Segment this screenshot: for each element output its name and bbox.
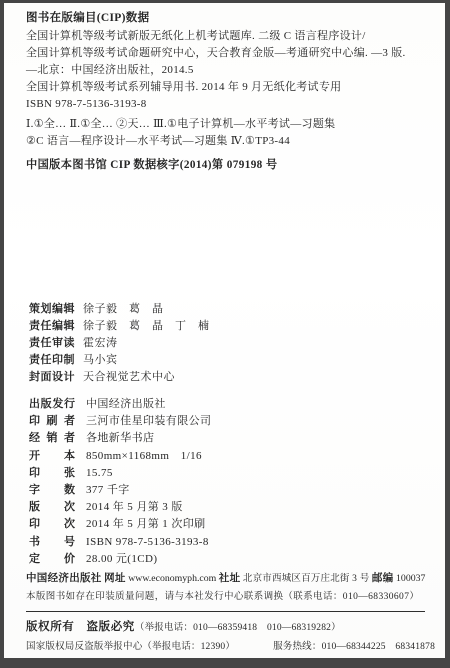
cip-isbn-line: ISBN 978-7-5136-3193-8 <box>26 96 427 113</box>
staff-label: 责任审读 <box>29 335 75 352</box>
website-label: 网址 <box>104 573 126 584</box>
piracy-center: 国家版权局反盗版举报中心（举报电话：12390） <box>26 640 235 654</box>
publication-value: 377 千字 <box>86 484 130 496</box>
publication-label: 印刷者 <box>29 413 75 430</box>
staff-label: 责任印制 <box>29 352 75 369</box>
zip-value: 100037 <box>396 573 425 584</box>
publication-row: 印次2014 年 5 月第 1 次印刷 <box>29 516 211 533</box>
cip-title-line: 全国计算机等级考试新版无纸化上机考试题库. 二级 C 语言程序设计/ <box>26 28 427 45</box>
copyright-statement: 版权所有 盗版必究 <box>26 621 135 633</box>
publication-row: 书号ISBN 978-7-5136-3193-8 <box>29 534 211 551</box>
publication-value: 2014 年 5 月第 1 次印刷 <box>86 518 206 530</box>
publication-label: 印张 <box>29 465 75 482</box>
copyright-phones: （举报电话：010—68359418 010—68319282） <box>135 623 341 633</box>
staff-row: 责任编辑徐子毅 葛 晶 丁 楠 <box>29 318 210 335</box>
publication-value: 850mm×1168mm 1/16 <box>86 450 202 462</box>
publication-row: 版次2014 年 5 月第 3 版 <box>29 499 211 516</box>
publication-row: 出版发行中国经济出版社 <box>29 396 211 413</box>
publication-label: 书号 <box>29 534 75 551</box>
staff-label: 封面设计 <box>29 369 75 386</box>
cip-block: 图书在版编目(CIP)数据 全国计算机等级考试新版无纸化上机考试题库. 二级 C… <box>26 9 427 174</box>
editorial-staff-block: 策划编辑徐子毅 葛 晶 责任编辑徐子毅 葛 晶 丁 楠 责任审读霍宏涛 责任印制… <box>29 301 210 386</box>
staff-value: 徐子毅 葛 晶 丁 楠 <box>83 320 210 332</box>
staff-label: 策划编辑 <box>29 301 75 318</box>
website-url: www.economyph.com <box>128 573 216 584</box>
publication-row: 开本850mm×1168mm 1/16 <box>29 448 211 465</box>
publication-value: 2014 年 5 月第 3 版 <box>86 501 183 513</box>
address-value: 北京市西城区百万庄北街 3 号 <box>243 574 370 584</box>
staff-value: 徐子毅 葛 晶 <box>83 303 164 315</box>
publication-value: 15.75 <box>86 467 113 479</box>
publication-label: 字数 <box>29 482 75 499</box>
publication-row: 经销者各地新华书店 <box>29 430 211 447</box>
staff-value: 霍宏涛 <box>83 337 118 349</box>
publication-row: 印刷者三河市佳星印装有限公司 <box>29 413 211 430</box>
staff-row: 策划编辑徐子毅 葛 晶 <box>29 301 210 318</box>
cip-classification: Ⅰ.①全… Ⅱ.①全… ②天… Ⅲ.①电子计算机—水平考试—习题集 ②C 语言—… <box>26 116 427 150</box>
staff-row: 责任审读霍宏涛 <box>29 335 210 352</box>
publication-label: 定价 <box>29 551 75 568</box>
publication-value: 三河市佳星印装有限公司 <box>86 415 211 427</box>
publication-label: 经销者 <box>29 430 75 447</box>
footer-block: 中国经济出版社 网址 www.economyph.com 社址 北京市西城区百万… <box>26 571 425 654</box>
publication-value: ISBN 978-7-5136-3193-8 <box>86 536 209 548</box>
address-label: 社址 <box>219 573 241 584</box>
publication-label: 出版发行 <box>29 396 75 413</box>
quality-notice-line: 本版图书如存在印装质量问题，请与本社发行中心联系调换（联系电话：010—6833… <box>26 590 425 604</box>
publisher-name: 中国经济出版社 <box>26 573 102 584</box>
publication-label: 印次 <box>29 516 75 533</box>
divider-rule <box>26 611 425 612</box>
publication-info-block: 出版发行中国经济出版社 印刷者三河市佳星印装有限公司 经销者各地新华书店 开本8… <box>29 396 211 568</box>
scanned-page: 图书在版编目(CIP)数据 全国计算机等级考试新版无纸化上机考试题库. 二级 C… <box>0 0 450 668</box>
staff-row: 封面设计天合视觉艺术中心 <box>29 369 210 386</box>
cip-publisher-line: —北京：中国经济出版社，2014.5 <box>26 62 427 79</box>
staff-label: 责任编辑 <box>29 318 75 335</box>
cip-classification-line: Ⅰ.①全… Ⅱ.①全… ②天… Ⅲ.①电子计算机—水平考试—习题集 <box>26 116 427 133</box>
page-surface: 图书在版编目(CIP)数据 全国计算机等级考试新版无纸化上机考试题库. 二级 C… <box>4 3 445 658</box>
publication-value: 中国经济出版社 <box>86 398 166 410</box>
cip-record-number: 中国版本图书馆 CIP 数据核字(2014)第 079198 号 <box>26 156 427 174</box>
publication-value: 28.00 元(1CD) <box>86 553 157 565</box>
cip-classification-line: ②C 语言—程序设计—水平考试—习题集 Ⅳ.①TP3-44 <box>26 133 427 150</box>
cip-author-line: 全国计算机等级考试命题研究中心，天合教育金版—考通研究中心编. —3 版. <box>26 45 427 62</box>
publication-row: 字数377 千字 <box>29 482 211 499</box>
anti-piracy-line: 国家版权局反盗版举报中心（举报电话：12390） 服务热线：010—683442… <box>26 640 425 654</box>
publication-row: 定价28.00 元(1CD) <box>29 551 211 568</box>
staff-value: 天合视觉艺术中心 <box>83 371 175 383</box>
publisher-contact-line: 中国经济出版社 网址 www.economyph.com 社址 北京市西城区百万… <box>26 571 425 587</box>
publication-label: 开本 <box>29 448 75 465</box>
copyright-line: 版权所有 盗版必究（举报电话：010—68359418 010—68319282… <box>26 618 425 636</box>
cip-heading: 图书在版编目(CIP)数据 <box>26 9 427 28</box>
service-hotline: 服务热线：010—68344225 68341878 <box>273 640 435 654</box>
zip-label: 邮编 <box>372 573 394 584</box>
staff-value: 马小宾 <box>83 354 118 366</box>
publication-row: 印张15.75 <box>29 465 211 482</box>
staff-row: 责任印制马小宾 <box>29 352 210 369</box>
publication-value: 各地新华书店 <box>86 432 154 444</box>
cip-series-line: 全国计算机等级考试系列辅导用书. 2014 年 9 月无纸化考试专用 <box>26 79 427 96</box>
publication-label: 版次 <box>29 499 75 516</box>
